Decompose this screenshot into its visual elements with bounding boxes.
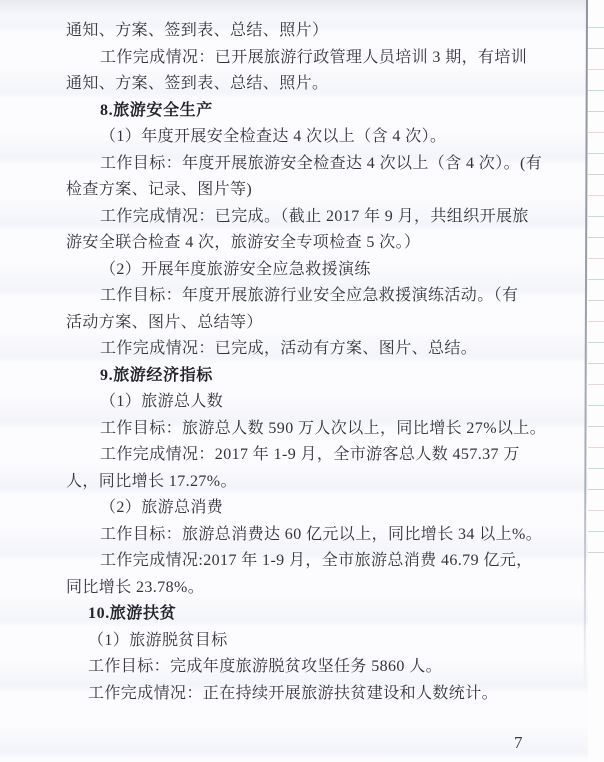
text-line: （2）开展年度旅游安全应急救援演练 [100,257,544,284]
scanned-document-page: 通知、方案、签到表、总结、照片） 工作完成情况：已开展旅游行政管理人员培训 3 … [0,0,604,762]
text-line: 工作完成情况：2017 年 1-9 月，全市游客总人数 457.37 万 [100,442,544,469]
text-line: （1）年度开展安全检查达 4 次以上（含 4 次）。 [100,124,544,151]
heading-tourism-safety: 8.旅游安全生产 [100,98,544,125]
text-line: 工作目标：旅游总消费达 60 亿元以上，同比增长 34 以上%。 [100,522,544,549]
text-line: 通知、方案、签到表、总结、照片。 [66,71,544,98]
text-line: （2）旅游总消费 [100,495,544,522]
text-line: （1）旅游总人数 [100,389,544,416]
page-edge-shadow [584,0,588,690]
text-line: 同比增长 23.78%。 [66,575,544,602]
heading-tourism-economy: 9.旅游经济指标 [100,363,544,390]
document-body: 通知、方案、签到表、总结、照片） 工作完成情况：已开展旅游行政管理人员培训 3 … [66,18,544,707]
heading-tourism-poverty-alleviation: 10.旅游扶贫 [88,601,544,628]
text-line: 通知、方案、签到表、总结、照片） [66,18,544,45]
text-line: 工作完成情况:2017 年 1-9 月，全市旅游总消费 46.79 亿元， [100,548,544,575]
top-scan-shadow [0,0,604,16]
text-line: 检查方案、记录、图片等) [66,177,544,204]
text-line: 工作目标：完成年度旅游脱贫攻坚任务 5860 人。 [88,654,544,681]
text-line: 人，同比增长 17.27%。 [66,469,544,496]
text-line: 工作目标：年度开展旅游安全检查达 4 次以上（含 4 次）。(有 [100,151,544,178]
text-line: 活动方案、图片、总结等） [66,310,544,337]
text-line: 工作目标：旅游总人数 590 万人次以上，同比增长 27%以上。 [100,416,544,443]
page-number: 7 [514,733,523,753]
text-line: 工作完成情况：已完成。（截止 2017 年 9 月，共组织开展旅 [100,204,544,231]
text-line: 工作完成情况：已开展旅游行政管理人员培训 3 期，有培训 [100,45,544,72]
text-line: 工作目标：年度开展旅游行业安全应急救援演练活动。（有 [100,283,544,310]
underlying-page-edge [588,0,604,762]
text-line: （1）旅游脱贫目标 [88,628,544,655]
text-line: 工作完成情况：正在持续开展旅游扶贫建设和人数统计。 [88,681,544,708]
ruled-lines [588,8,604,568]
text-line: 工作完成情况：已完成，活动有方案、图片、总结。 [100,336,544,363]
text-line: 游安全联合检查 4 次，旅游安全专项检查 5 次。） [66,230,544,257]
